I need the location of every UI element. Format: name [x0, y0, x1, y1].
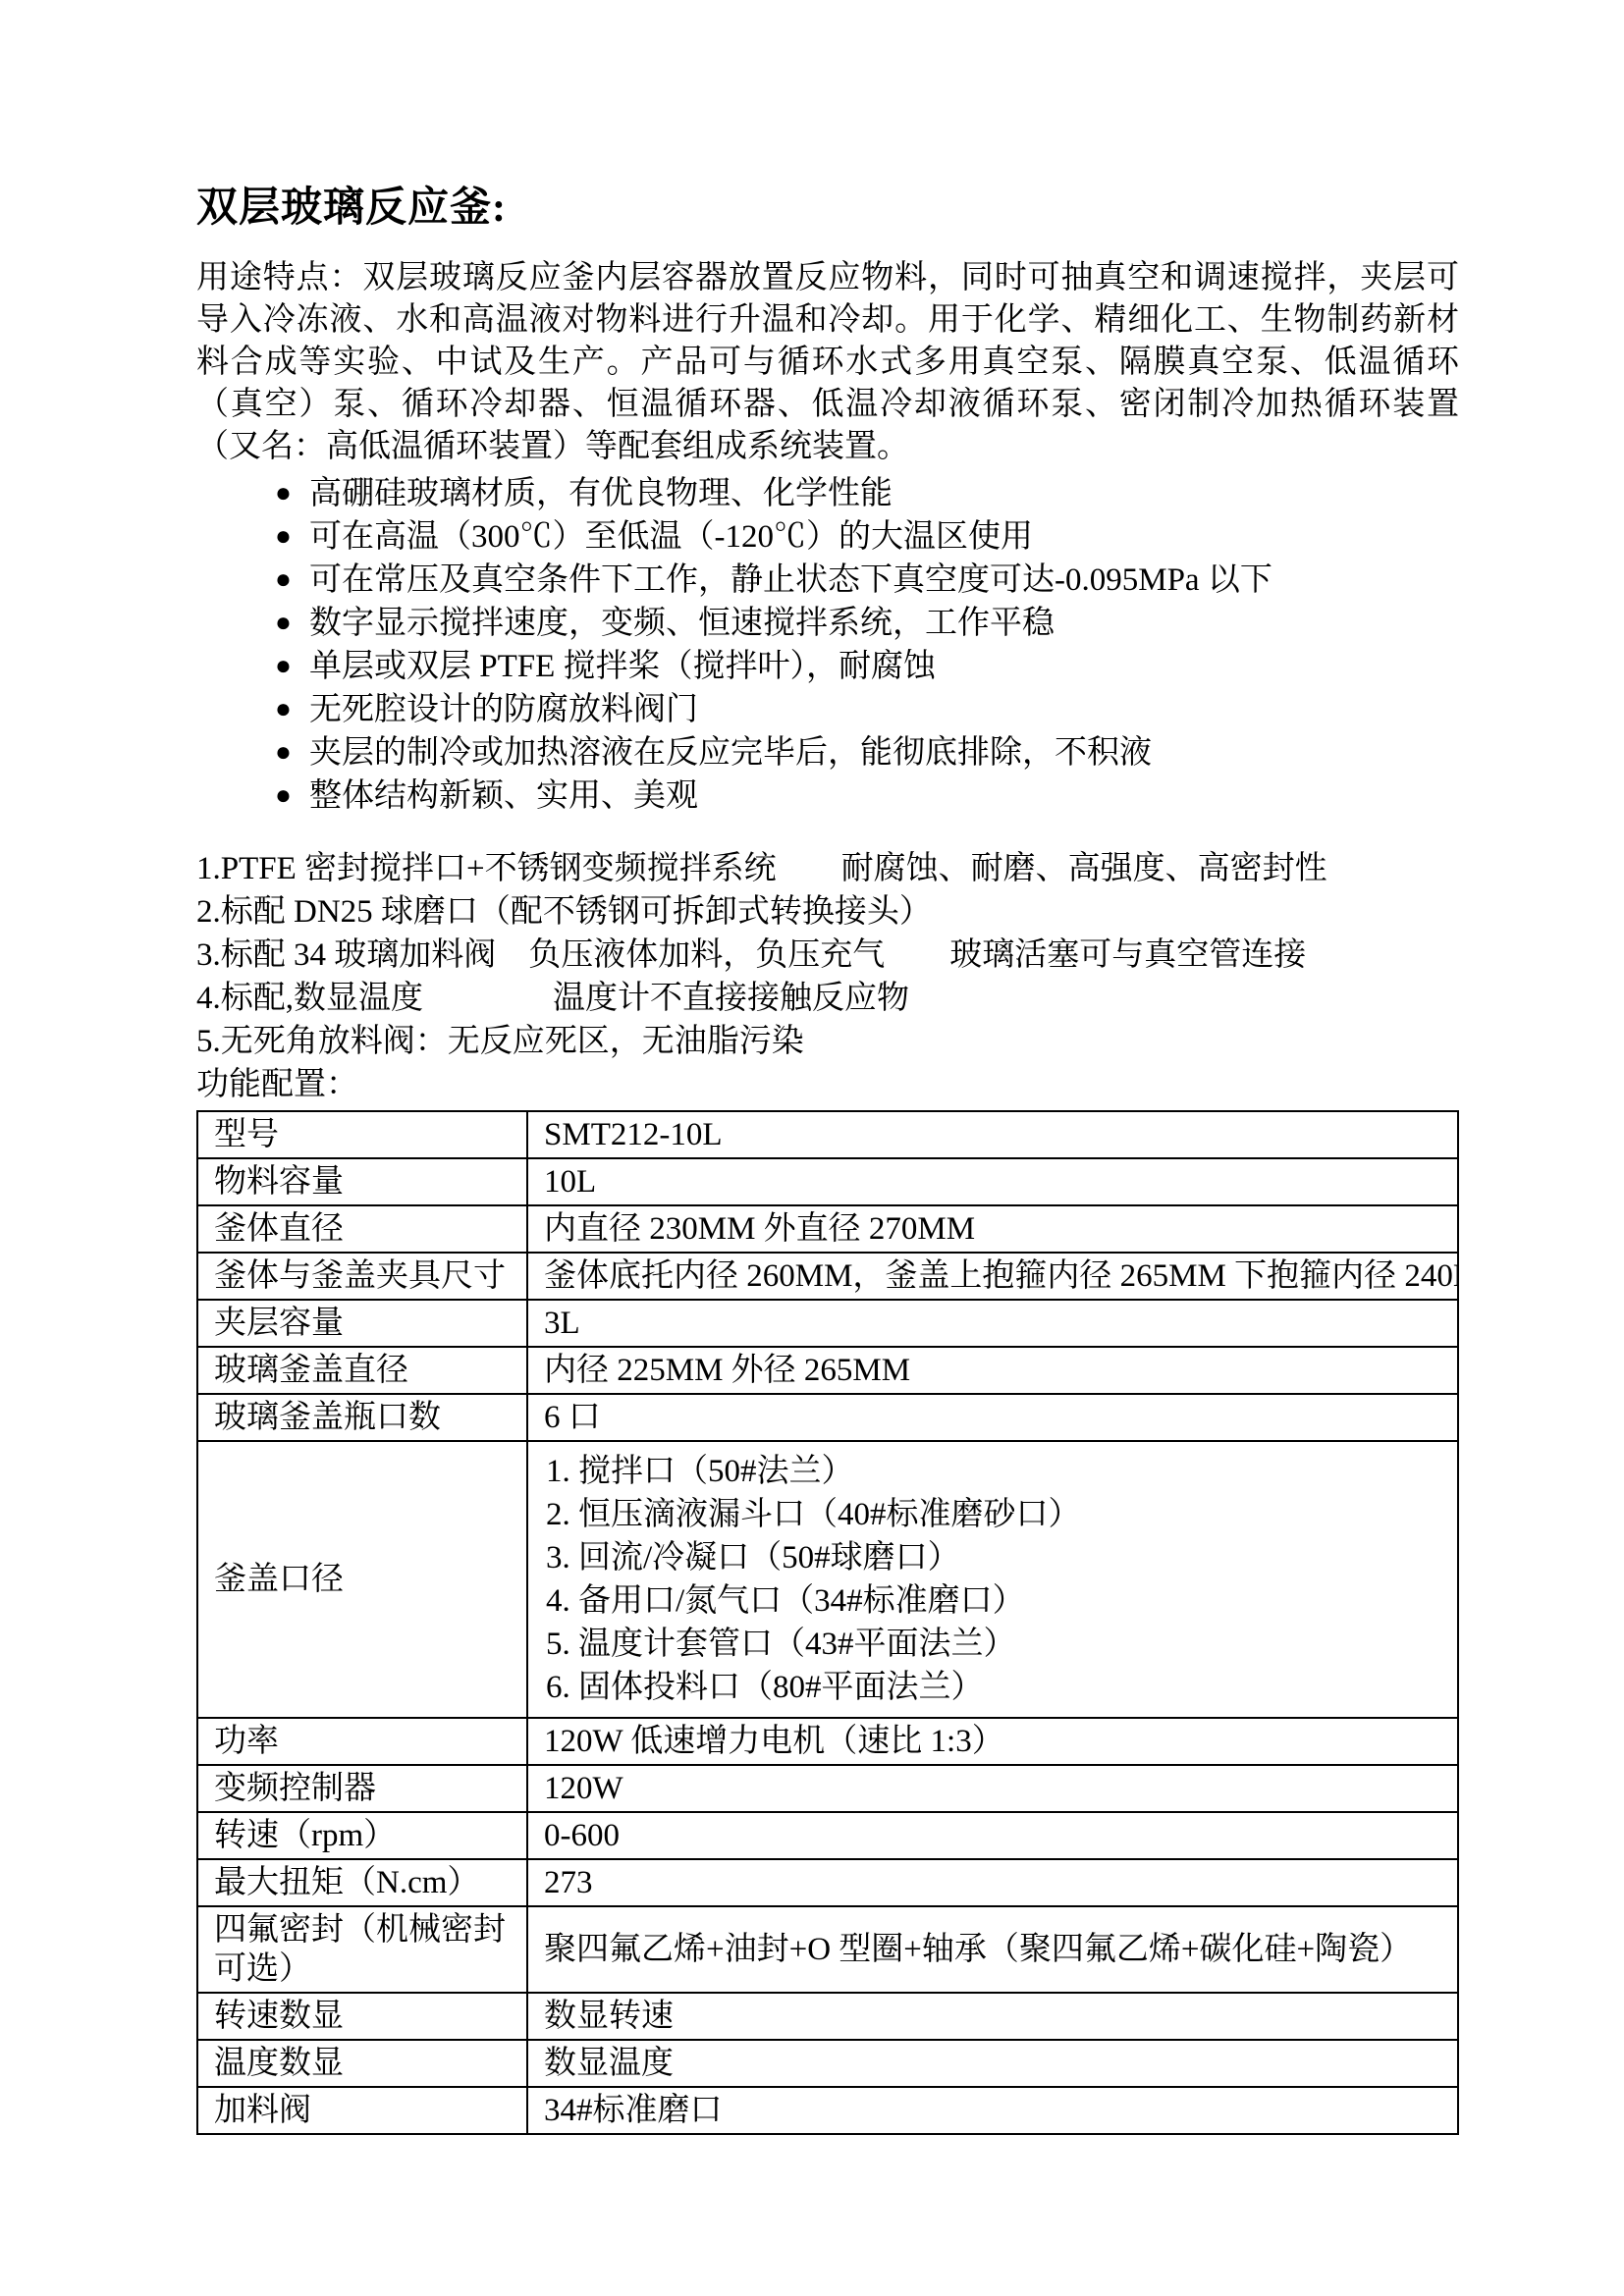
bullet-icon: ● [275, 645, 292, 688]
spec-label-cell: 四氟密封（机械密封可选） [197, 1906, 527, 1993]
bullet-item-text: 可在常压及真空条件下工作，静止状态下真空度可达-0.095MPa 以下 [309, 562, 1272, 598]
spec-label-cell: 型号 [197, 1111, 527, 1158]
table-row: 最大扭矩（N.cm）273 [197, 1859, 1458, 1906]
bullet-item: ●可在高温（300℃）至低温（-120℃）的大温区使用 [196, 515, 1459, 559]
spec-label-cell: 温度数显 [197, 2040, 527, 2087]
bullet-item-text: 高硼硅玻璃材质，有优良物理、化学性能 [309, 476, 893, 511]
spec-label-cell: 功率 [197, 1718, 527, 1765]
spec-label-cell: 转速（rpm） [197, 1812, 527, 1859]
table-row: 釜盖口径1. 搅拌口（50#法兰） 2. 恒压滴液漏斗口（40#标准磨砂口） 3… [197, 1441, 1458, 1718]
table-row: 加料阀34#标准磨口 [197, 2087, 1458, 2134]
spec-value-text: 6 口 [544, 1398, 1451, 1437]
numbered-feature-line: 3.标配 34 玻璃加料阀 负压液体加料，负压充气 玻璃活塞可与真空管连接 [196, 934, 1459, 977]
bullet-item: ●夹层的制冷或加热溶液在反应完毕后，能彻底排除，不积液 [196, 731, 1459, 774]
spec-label-cell: 釜体直径 [197, 1205, 527, 1253]
numbered-feature-line: 2.标配 DN25 球磨口（配不锈钢可拆卸式转换接头） [196, 890, 1459, 934]
table-row: 釜体直径内直径 230MM 外直径 270MM [197, 1205, 1458, 1253]
spec-value-cell: SMT212-10L [527, 1111, 1458, 1158]
spec-value-cell: 数显温度 [527, 2040, 1458, 2087]
spec-value-cell: 273 [527, 1859, 1458, 1906]
spec-value-text: 34#标准磨口 [544, 2091, 1451, 2130]
numbered-feature-line: 1.PTFE 密封搅拌口+不锈钢变频搅拌系统 耐腐蚀、耐磨、高强度、高密封性 [196, 847, 1459, 890]
intro-paragraph: 用途特点：双层玻璃反应釜内层容器放置反应物料，同时可抽真空和调速搅拌，夹层可导入… [196, 257, 1459, 468]
spec-label-cell: 变频控制器 [197, 1765, 527, 1812]
numbered-feature-line: 4.标配,数显温度 温度计不直接接触反应物 [196, 977, 1459, 1020]
spec-value-text: 内径 225MM 外径 265MM [544, 1351, 1451, 1390]
bullet-item-text: 单层或双层 PTFE 搅拌桨（搅拌叶），耐腐蚀 [309, 649, 936, 684]
config-section-label: 功能配置： [196, 1063, 1459, 1106]
bullet-icon: ● [275, 602, 292, 645]
feature-bullet-list: ●高硼硅玻璃材质，有优良物理、化学性能●可在高温（300℃）至低温（-120℃）… [196, 472, 1459, 818]
spec-value-text: 3L [544, 1304, 1451, 1343]
spec-label-cell: 夹层容量 [197, 1300, 527, 1347]
bullet-icon: ● [275, 515, 292, 559]
spec-label-cell: 玻璃釜盖直径 [197, 1347, 527, 1394]
spec-value-cell: 1. 搅拌口（50#法兰） 2. 恒压滴液漏斗口（40#标准磨砂口） 3. 回流… [527, 1441, 1458, 1718]
spec-value-text: 273 [544, 1863, 1451, 1902]
spec-label-cell: 物料容量 [197, 1158, 527, 1205]
table-row: 釜体与釜盖夹具尺寸釜体底托内径 260MM，釜盖上抱箍内径 265MM 下抱箍内… [197, 1253, 1458, 1300]
spec-table: 型号SMT212-10L物料容量10L釜体直径内直径 230MM 外直径 270… [196, 1110, 1459, 2135]
spec-value-text: 0-600 [544, 1816, 1451, 1855]
spec-label-cell: 釜盖口径 [197, 1441, 527, 1718]
spec-value-cell: 聚四氟乙烯+油封+O 型圈+轴承（聚四氟乙烯+碳化硅+陶瓷） [527, 1906, 1458, 1993]
spec-value-cell: 120W 低速增力电机（速比 1:3） [527, 1718, 1458, 1765]
spec-value-text: 内直径 230MM 外直径 270MM [544, 1209, 1451, 1249]
table-row: 变频控制器120W [197, 1765, 1458, 1812]
spec-value-text: 10L [544, 1162, 1451, 1201]
page-title: 双层玻璃反应釜: [196, 185, 1459, 232]
spec-value-text: 120W 低速增力电机（速比 1:3） [544, 1722, 1451, 1761]
spec-value-text: 釜体底托内径 260MM，釜盖上抱箍内径 265MM 下抱箍内径 240MM [544, 1256, 1451, 1296]
bullet-icon: ● [275, 774, 292, 818]
bullet-icon: ● [275, 731, 292, 774]
spec-label-cell: 最大扭矩（N.cm） [197, 1859, 527, 1906]
spec-label-cell: 玻璃釜盖瓶口数 [197, 1394, 527, 1441]
spec-value-cell: 内径 225MM 外径 265MM [527, 1347, 1458, 1394]
bullet-item-text: 整体结构新颖、实用、美观 [309, 778, 698, 814]
bullet-item: ●可在常压及真空条件下工作，静止状态下真空度可达-0.095MPa 以下 [196, 559, 1459, 602]
table-row: 温度数显数显温度 [197, 2040, 1458, 2087]
table-row: 型号SMT212-10L [197, 1111, 1458, 1158]
bullet-item: ●无死腔设计的防腐放料阀门 [196, 688, 1459, 731]
bullet-item-text: 无死腔设计的防腐放料阀门 [309, 692, 698, 727]
spec-value-text: 聚四氟乙烯+油封+O 型圈+轴承（聚四氟乙烯+碳化硅+陶瓷） [544, 1930, 1451, 1969]
spec-value-cell: 3L [527, 1300, 1458, 1347]
bullet-icon: ● [275, 688, 292, 731]
spec-value-cell: 釜体底托内径 260MM，釜盖上抱箍内径 265MM 下抱箍内径 240MM [527, 1253, 1458, 1300]
bullet-item: ●单层或双层 PTFE 搅拌桨（搅拌叶），耐腐蚀 [196, 645, 1459, 688]
spec-value-text: SMT212-10L [544, 1115, 1451, 1154]
spec-value-cell: 0-600 [527, 1812, 1458, 1859]
bullet-item: ●数字显示搅拌速度，变频、恒速搅拌系统，工作平稳 [196, 602, 1459, 645]
table-row: 转速数显数显转速 [197, 1993, 1458, 2040]
spec-value-cell: 10L [527, 1158, 1458, 1205]
bullet-item-text: 数字显示搅拌速度，变频、恒速搅拌系统，工作平稳 [309, 606, 1055, 641]
spec-value-cell: 数显转速 [527, 1993, 1458, 2040]
spec-value-cell: 34#标准磨口 [527, 2087, 1458, 2134]
table-row: 转速（rpm）0-600 [197, 1812, 1458, 1859]
bullet-icon: ● [275, 472, 292, 515]
bullet-item-text: 夹层的制冷或加热溶液在反应完毕后，能彻底排除，不积液 [309, 735, 1152, 771]
bullet-item: ●整体结构新颖、实用、美观 [196, 774, 1459, 818]
table-row: 功率120W 低速增力电机（速比 1:3） [197, 1718, 1458, 1765]
spec-value-cell: 6 口 [527, 1394, 1458, 1441]
spec-value-text: 120W [544, 1769, 1451, 1808]
numbered-feature-list: 1.PTFE 密封搅拌口+不锈钢变频搅拌系统 耐腐蚀、耐磨、高强度、高密封性2.… [196, 847, 1459, 1063]
table-row: 四氟密封（机械密封可选）聚四氟乙烯+油封+O 型圈+轴承（聚四氟乙烯+碳化硅+陶… [197, 1906, 1458, 1993]
spec-label-cell: 转速数显 [197, 1993, 527, 2040]
bullet-item: ●高硼硅玻璃材质，有优良物理、化学性能 [196, 472, 1459, 515]
bullet-icon: ● [275, 559, 292, 602]
table-row: 夹层容量3L [197, 1300, 1458, 1347]
spec-value-cell: 120W [527, 1765, 1458, 1812]
spec-label-cell: 加料阀 [197, 2087, 527, 2134]
table-row: 玻璃釜盖瓶口数6 口 [197, 1394, 1458, 1441]
spec-value-text: 数显温度 [544, 2044, 1451, 2083]
table-row: 玻璃釜盖直径内径 225MM 外径 265MM [197, 1347, 1458, 1394]
table-row: 物料容量10L [197, 1158, 1458, 1205]
bullet-item-text: 可在高温（300℃）至低温（-120℃）的大温区使用 [309, 519, 1033, 555]
document-page: 双层玻璃反应釜: 用途特点：双层玻璃反应釜内层容器放置反应物料，同时可抽真空和调… [0, 0, 1624, 2296]
spec-label-cell: 釜体与釜盖夹具尺寸 [197, 1253, 527, 1300]
numbered-feature-line: 5.无死角放料阀：无反应死区，无油脂污染 [196, 1020, 1459, 1063]
document-content: 双层玻璃反应釜: 用途特点：双层玻璃反应釜内层容器放置反应物料，同时可抽真空和调… [196, 185, 1459, 2135]
spec-value-cell: 内直径 230MM 外直径 270MM [527, 1205, 1458, 1253]
spec-value-text: 数显转速 [544, 1997, 1451, 2036]
